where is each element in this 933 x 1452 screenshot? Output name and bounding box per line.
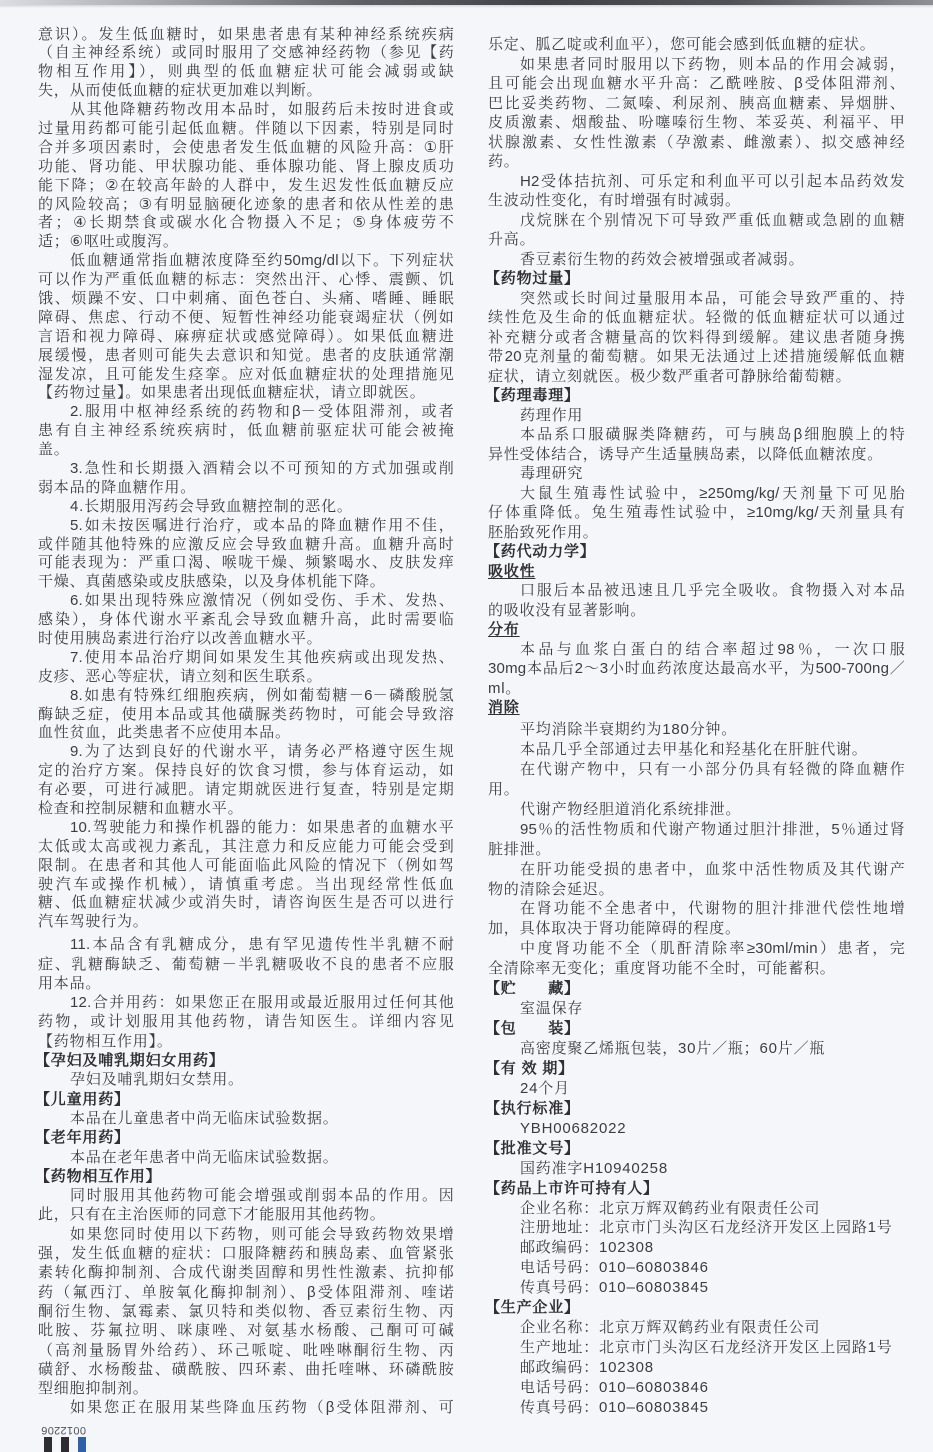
precaution-line: 言语和视力障碍、麻痹症状或感觉障碍）。如果低血糖进 <box>38 328 454 347</box>
interaction-line: 如果您正在服用某些降血压药物（β受体阻滞剂、可 <box>38 1398 454 1417</box>
precaution-line: （自主神经系统）或同时服用了交感神经药物（参见【药 <box>38 44 454 63</box>
subheading-distribution-row: 分布 <box>488 620 905 640</box>
elimination-line: 脏排泄。 <box>488 840 905 860</box>
section-heading-pediatric: 【儿童用药】 <box>35 1090 454 1109</box>
interaction-line: 乐定、胍乙啶或利血平），您可能会感到低血糖的症状。 <box>488 35 905 55</box>
storage-text: 室温保存 <box>488 999 905 1019</box>
precaution-line: 合并多项因素时，会使患者发生低血糖的风险升高：①肝 <box>38 139 454 158</box>
overdose-line: 补充糖分或者含糖量高的饮料得到缓解。建议患者随身携 <box>488 328 905 348</box>
pediatric-text: 本品在儿童患者中尚无临床试验数据。 <box>38 1109 454 1128</box>
precaution-line: 皮疹、恶心等症状，请立刻和医生联系。 <box>38 668 454 687</box>
precaution-item-7: 7.使用本品治疗期间如果发生其他疾病或出现发热、 <box>38 649 454 668</box>
precaution-item-6: 6.如果出现特殊应激情况（例如受伤、手术、发热、 <box>38 592 454 611</box>
precaution-item-2: 2.服用中枢神经系统的药物和β－受体阻滞剂，或者 <box>38 403 454 422</box>
distribution-line: 30mg本品后2～3小时血药浓度达最高水平，为500-700ng／ <box>488 659 905 679</box>
precaution-item-5: 5.如未按医嘱进行治疗，或本品的降血糖作用不佳， <box>38 517 454 536</box>
right-column-lower: 平均消除半衰期约为180分钟。 本品几乎全部通过去甲基化和羟基化在肝脏代谢。 在… <box>488 720 905 1418</box>
absorption-line: 口服后本品被迅速且几乎完全吸收。食物摄入对本品 <box>488 581 905 601</box>
precaution-line: 时使用胰岛素进行治疗以改善血糖水平。 <box>38 630 454 649</box>
elimination-line: 在肾功能不全患者中，代谢物的胆汁排泄代偿性地增 <box>488 899 905 919</box>
section-heading-manufacturer: 【生产企业】 <box>485 1298 905 1318</box>
section-heading-package: 【包 装】 <box>485 1019 905 1039</box>
section-heading-approval: 【批准文号】 <box>485 1139 905 1159</box>
distribution-line: ml。 <box>488 679 905 699</box>
field-label: 电话号码： <box>520 1379 599 1396</box>
elimination-line: 95％的活性物质和代谢产物通过胆汁排泄，5％通过肾 <box>488 820 905 840</box>
field-label: 邮政编码： <box>520 1239 599 1256</box>
precaution-line: 【药物过量】。如果患者出现低血糖症状，请立即就医。 <box>38 384 454 403</box>
precaution-line: 功能、肾功能、甲状腺功能、垂体腺功能、肾上腺皮质功 <box>38 158 454 177</box>
overdose-line: 续性危及生命的低血糖症状。轻微的低血糖症状可以通过 <box>488 308 905 328</box>
mah-field-company: 企业名称：北京万辉双鹤药业有限责任公司 <box>488 1199 905 1219</box>
precaution-line: 可能表现为：严重口渴、喉咙干燥、频繁喝水、皮肤发痒 <box>38 554 454 573</box>
precaution-line: 从其他降糖药物改用本品时，如服药后未按时进食或 <box>38 101 454 120</box>
precaution-line: 障碍、焦虑、行动不便、短暂性神经功能衰竭症状（例如 <box>38 309 454 328</box>
left-column-lower: 11.本品含有乳糖成分，患有罕见遗传性半乳糖不耐 症、乳糖酶缺乏、葡萄糖－半乳糖… <box>38 935 454 1417</box>
section-heading-pharmacokinetics: 【药代动力学】 <box>485 542 905 562</box>
interaction-line: 生波动性变化，有时增强有时减弱。 <box>488 191 905 211</box>
manufacturer-field-postcode: 邮政编码：102308 <box>488 1358 905 1378</box>
section-heading-geriatric: 【老年用药】 <box>35 1128 454 1147</box>
toxicology-line: 仔体重降低。兔生殖毒性试验中，≥10mg/kg/天剂量具有 <box>488 503 905 523</box>
elimination-line: 在肝功能受损的患者中，血浆中活性物质及其代谢产 <box>488 860 905 880</box>
precaution-line: 汽车驾驶行为。 <box>38 913 454 932</box>
interaction-line: 磺舒、水杨酸盐、磺酰胺、四环素、曲托喹啉、环磷酰胺 <box>38 1360 454 1379</box>
approval-number: 国药准字H10940258 <box>488 1159 905 1179</box>
subheading-elimination: 消除 <box>488 699 520 716</box>
overdose-line: 突然或长时间过量服用本品，可能会导致严重的、持 <box>488 289 905 309</box>
field-value: 010–60803845 <box>599 1399 709 1416</box>
subheading-absorption: 吸收性 <box>488 563 535 580</box>
precaution-line: 湿发凉，且可能发生痉挛。应对低血糖症状的处理措施见 <box>38 366 454 385</box>
field-value: 北京市门头沟区石龙经济开发区上园路1号 <box>599 1339 893 1356</box>
interaction-line: 如果您同时使用以下药物，则可能会导致药物效果增 <box>38 1225 454 1244</box>
left-column-upper: 意识）。发生低血糖时，如果患者患有某种神经系统疾病 （自主神经系统）或同时服用了… <box>38 26 454 933</box>
precaution-line: 症、乳糖酶缺乏、葡萄糖－半乳糖吸收不良的患者不应服 <box>38 955 454 974</box>
precaution-line: 能下降；②在较高年龄的人群中，发生迟发性低血糖反应 <box>38 177 454 196</box>
section-heading-pregnancy: 【孕妇及哺乳期妇女用药】 <box>35 1051 454 1070</box>
pharmacology-line: 异性受体结合，诱导产生适量胰岛素，以降低血糖浓度。 <box>488 445 905 465</box>
field-value: 102308 <box>599 1239 654 1256</box>
precaution-line: 物相互作用】），则典型的低血糖症状可能会减弱或缺 <box>38 63 454 82</box>
precaution-line: 定的治疗方案。保持良好的饮食习惯，参与体育运动，如 <box>38 762 454 781</box>
interaction-line: 升高。 <box>488 230 905 250</box>
precaution-line: 低血糖通常指血糖浓度降至约50mg/dl以下。下列症状 <box>38 252 454 271</box>
interaction-line: 如果患者同时服用以下药物，则本品的作用会减弱， <box>488 55 905 75</box>
elimination-line: 全清除率无变化；重度肾功能不全时，可能蓄积。 <box>488 959 905 979</box>
interaction-line: （高剂量肠胃外给药）、环己哌啶、吡唑啉酮衍生物、丙 <box>38 1341 454 1360</box>
field-value: 010–60803846 <box>599 1259 709 1276</box>
interaction-line: 强，发生低血糖的症状：口服降糖药和胰岛素、血管紧张 <box>38 1244 454 1263</box>
precaution-item-8: 8.如患有特殊红细胞疾病，例如葡萄糖－6－磷酸脱氢 <box>38 687 454 706</box>
field-value: 010–60803846 <box>599 1379 709 1396</box>
geriatric-text: 本品在老年患者中尚无临床试验数据。 <box>38 1148 454 1167</box>
precaution-line: 患有自主神经系统疾病时，低血糖前驱症状可能会被掩 <box>38 422 454 441</box>
scan-edge-fade <box>0 5 933 8</box>
section-heading-interactions: 【药物相互作用】 <box>35 1167 454 1186</box>
prec aution-line: 盖。 <box>38 441 454 460</box>
elimination-line: 本品几乎全部通过去甲基化和羟基化在肝脏代谢。 <box>488 740 905 760</box>
registration-bar-black <box>44 1437 52 1452</box>
registration-bar-black <box>61 1437 69 1452</box>
precaution-line: 的风险较高；③有明显脑硬化迹象的患者和依从性差的患 <box>38 196 454 215</box>
registration-bar-blue <box>78 1437 86 1452</box>
absorption-line: 的吸收没有显著影响。 <box>488 601 905 621</box>
field-label: 传真号码： <box>520 1399 599 1416</box>
section-heading-mah: 【药品上市许可持有人】 <box>485 1179 905 1199</box>
precaution-line: 或伴随其他特殊的应激反应会导致血糖升高。血糖升高时 <box>38 536 454 555</box>
pregnancy-text: 孕妇及哺乳期妇女禁用。 <box>38 1070 454 1089</box>
overdose-line: 症状，请立刻就医。极少数严重者可静脉给葡萄糖。 <box>488 367 905 387</box>
elimination-line: 物的清除会延迟。 <box>488 880 905 900</box>
interaction-line: 吡胺、芬氟拉明、咪康唑、对氨基水杨酸、己酮可可碱 <box>38 1321 454 1340</box>
precaution-line: 检查和控制尿糖和血糖水平。 <box>38 800 454 819</box>
interaction-line: 香豆素衍生物的药效会被增强或者减弱。 <box>488 250 905 270</box>
mah-field-address: 注册地址：北京市门头沟区石龙经济开发区上园路1号 <box>488 1218 905 1238</box>
right-column-upper: 乐定、胍乙啶或利血平），您可能会感到低血糖的症状。 如果患者同时服用以下药物，则… <box>488 35 905 718</box>
interaction-line: 此，只有在主治医师的同意下才能服用其他药物。 <box>38 1205 454 1224</box>
precaution-item-4: 4.长期服用泻药会导致血糖控制的恶化。 <box>38 498 454 517</box>
interaction-line: 且可能会出现血糖水平升高：乙酰唑胺、β受体阻滞剂、 <box>488 74 905 94</box>
overdose-line: 带20克剂量的葡萄糖。如果无法通过上述措施缓解低血糖 <box>488 347 905 367</box>
manufacturer-field-company: 企业名称：北京万辉双鹤药业有限责任公司 <box>488 1318 905 1338</box>
precaution-line: 用本品。 <box>38 974 454 993</box>
field-value: 102308 <box>599 1359 654 1376</box>
precaution-line: 限制。在患者和其他人可能面临此风险的情况下（例如驾 <box>38 857 454 876</box>
precaution-item-12: 12.合并用药：如果您正在服用或最近服用过任何其他 <box>38 993 454 1012</box>
subheading-pharmacology: 药理作用 <box>488 406 905 426</box>
pharmacology-line: 本品系口服磺脲类降糖药，可与胰岛β细胞膜上的特 <box>488 425 905 445</box>
elimination-line: 代谢产物经胆道消化系统排泄。 <box>488 800 905 820</box>
precaution-line: 驶汽车或操作机械），请慎重考虑。当出现经常性低血 <box>38 876 454 895</box>
field-value: 北京市门头沟区石龙经济开发区上园路1号 <box>599 1219 893 1236</box>
subheading-elimination-row: 消除 <box>488 698 905 718</box>
field-label: 传真号码： <box>520 1279 599 1296</box>
interaction-line: 状腺激素、女性性激素（孕激素、雌激素）、拟交感神经 <box>488 133 905 153</box>
elimination-line: 平均消除半衰期约为180分钟。 <box>488 720 905 740</box>
interaction-line: 酮衍生物、氯霉素、氯贝特和类似物、香豆素衍生物、丙 <box>38 1302 454 1321</box>
interaction-line: 药（氟西汀、单胺氧化酶抑制剂）、β受体阻滞剂、喹诺 <box>38 1283 454 1302</box>
interaction-line: 药。 <box>488 152 905 172</box>
elimination-line: 在代谢产物中，只有一小部分仍具有轻微的降血糖作 <box>488 760 905 780</box>
precaution-line: 意识）。发生低血糖时，如果患者患有某种神经系统疾病 <box>38 26 454 45</box>
precaution-line: 适；⑥呕吐或腹泻。 <box>38 233 454 252</box>
toxicology-line: 大鼠生殖毒性试验中，≥250mg/kg/天剂量下可见胎 <box>488 484 905 504</box>
precaution-line: 者；④长期禁食或碳水化合物摄入不足；⑤身体疲劳不 <box>38 214 454 233</box>
precaution-line: 药物，或计划服用其他药物，请告知医生。详细内容见 <box>38 1012 454 1031</box>
precaution-item-9: 9.为了达到良好的代谢水平，请务必严格遵守医生规 <box>38 743 454 762</box>
interaction-line: 同时服用其他药物可能会增强或削弱本品的作用。因 <box>38 1186 454 1205</box>
field-value: 北京万辉双鹤药业有限责任公司 <box>599 1319 820 1336</box>
package-text: 高密度聚乙烯瓶包装，30片／瓶；60片／瓶 <box>488 1039 905 1059</box>
interaction-line: 素转化酶抑制剂、合成代谢类固醇和男性性激素、抗抑郁 <box>38 1263 454 1282</box>
precaution-line: 【药物相互作用】。 <box>38 1032 454 1051</box>
field-value: 010–60803845 <box>599 1279 709 1296</box>
field-value: 北京万辉双鹤药业有限责任公司 <box>599 1200 820 1217</box>
precaution-line: 感染），身体代谢水平紊乱会导致血糖升高，此时需要临 <box>38 611 454 630</box>
precaution-item-3: 3.急性和长期摄入酒精会以不可预知的方式加强或削 <box>38 460 454 479</box>
precaution-item-10: 10.驾驶能力和操作机器的能力：如果患者的血糖水平 <box>38 819 454 838</box>
precaution-line: 血性贫血，此类患者不应使用本品。 <box>38 724 454 743</box>
toxicology-line: 胚胎致死作用。 <box>488 523 905 543</box>
print-code: 0012206 <box>41 1424 86 1436</box>
manufacturer-field-phone: 电话号码：010–60803846 <box>488 1378 905 1398</box>
subheading-absorption-row: 吸收性 <box>488 562 905 582</box>
subheading-distribution: 分布 <box>488 621 520 638</box>
interaction-line: 戊烷脒在个别情况下可导致严重低血糖或急剧的血糖 <box>488 211 905 231</box>
precaution-line: 展缓慢，患者则可能失去意识和知觉。患者的皮肤通常潮 <box>38 347 454 366</box>
interaction-line: 巴比妥类药物、二氮嗪、利尿剂、胰高血糖素、异烟肼、 <box>488 94 905 114</box>
section-heading-storage: 【贮 藏】 <box>485 979 905 999</box>
precaution-line: 弱本品的降血糖作用。 <box>38 479 454 498</box>
section-heading-standard: 【执行标准】 <box>485 1099 905 1119</box>
distribution-line: 本品与血浆白蛋白的结合率超过98％，一次口服 <box>488 640 905 660</box>
precaution-line: 干燥、真菌感染或皮肤感染，以及身体机能下降。 <box>38 573 454 592</box>
field-label: 电话号码： <box>520 1259 599 1276</box>
interaction-line: H2受体拮抗剂、可乐定和利血平可以引起本品药效发 <box>488 172 905 192</box>
section-heading-pharmacology-toxicology: 【药理毒理】 <box>485 386 905 406</box>
precaution-line: 有必要，可进行减肥。请定期就医进行复查，特别是定期 <box>38 781 454 800</box>
precaution-item-11: 11.本品含有乳糖成分，患有罕见遗传性半乳糖不耐 <box>38 935 454 954</box>
precaution-line: 过量用药都可能引起低血糖。伴随以下因素，特别是同时 <box>38 120 454 139</box>
field-label: 企业名称： <box>520 1200 599 1217</box>
precaution-line: 失，从而使低血糖的症状更加难以判断。 <box>38 82 454 101</box>
elimination-line: 中度肾功能不全（肌酐清除率≥30ml/min）患者，完 <box>488 939 905 959</box>
field-label: 邮政编码： <box>520 1359 599 1376</box>
field-label: 企业名称： <box>520 1319 599 1336</box>
elimination-line: 加，具体取决于肾功能障碍的程度。 <box>488 919 905 939</box>
precaution-line: 酶缺乏症，使用本品或其他磺脲类药物时，可能会导致溶 <box>38 706 454 725</box>
mah-field-postcode: 邮政编码：102308 <box>488 1238 905 1258</box>
mah-field-fax: 传真号码：010–60803845 <box>488 1278 905 1298</box>
precaution-line: 可以作为严重低血糖的标志：突然出汗、心悸、震颤、饥 <box>38 271 454 290</box>
precaution-line: 糖、低血糖症状减少或消失时，请咨询医生是否可以进行 <box>38 894 454 913</box>
interaction-line: 型细胞抑制剂。 <box>38 1379 454 1398</box>
manufacturer-field-fax: 传真号码：010–60803845 <box>488 1398 905 1418</box>
manufacturer-field-address: 生产地址：北京市门头沟区石龙经济开发区上园路1号 <box>488 1338 905 1358</box>
field-label: 注册地址： <box>520 1219 599 1236</box>
subheading-toxicology: 毒理研究 <box>488 464 905 484</box>
section-heading-overdose: 【药物过量】 <box>485 269 905 289</box>
section-heading-validity: 【有 效 期】 <box>485 1059 905 1079</box>
validity-text: 24个月 <box>488 1079 905 1099</box>
elimination-line: 用。 <box>488 780 905 800</box>
mah-field-phone: 电话号码：010–60803846 <box>488 1258 905 1278</box>
drug-leaflet-page: 意识）。发生低血糖时，如果患者患有某种神经系统疾病 （自主神经系统）或同时服用了… <box>0 0 933 1452</box>
field-label: 生产地址： <box>520 1339 599 1356</box>
standard-text: YBH00682022 <box>488 1119 905 1139</box>
interaction-line: 皮质激素、烟酸盐、吩噻嗪衍生物、苯妥英、利福平、甲 <box>488 113 905 133</box>
precaution-line: 饿、烦躁不安、口中刺痛、面色苍白、头痛、嗜睡、睡眠 <box>38 290 454 309</box>
precaution-line: 太低或太高或视力紊乱，其注意力和反应能力可能会受到 <box>38 838 454 857</box>
